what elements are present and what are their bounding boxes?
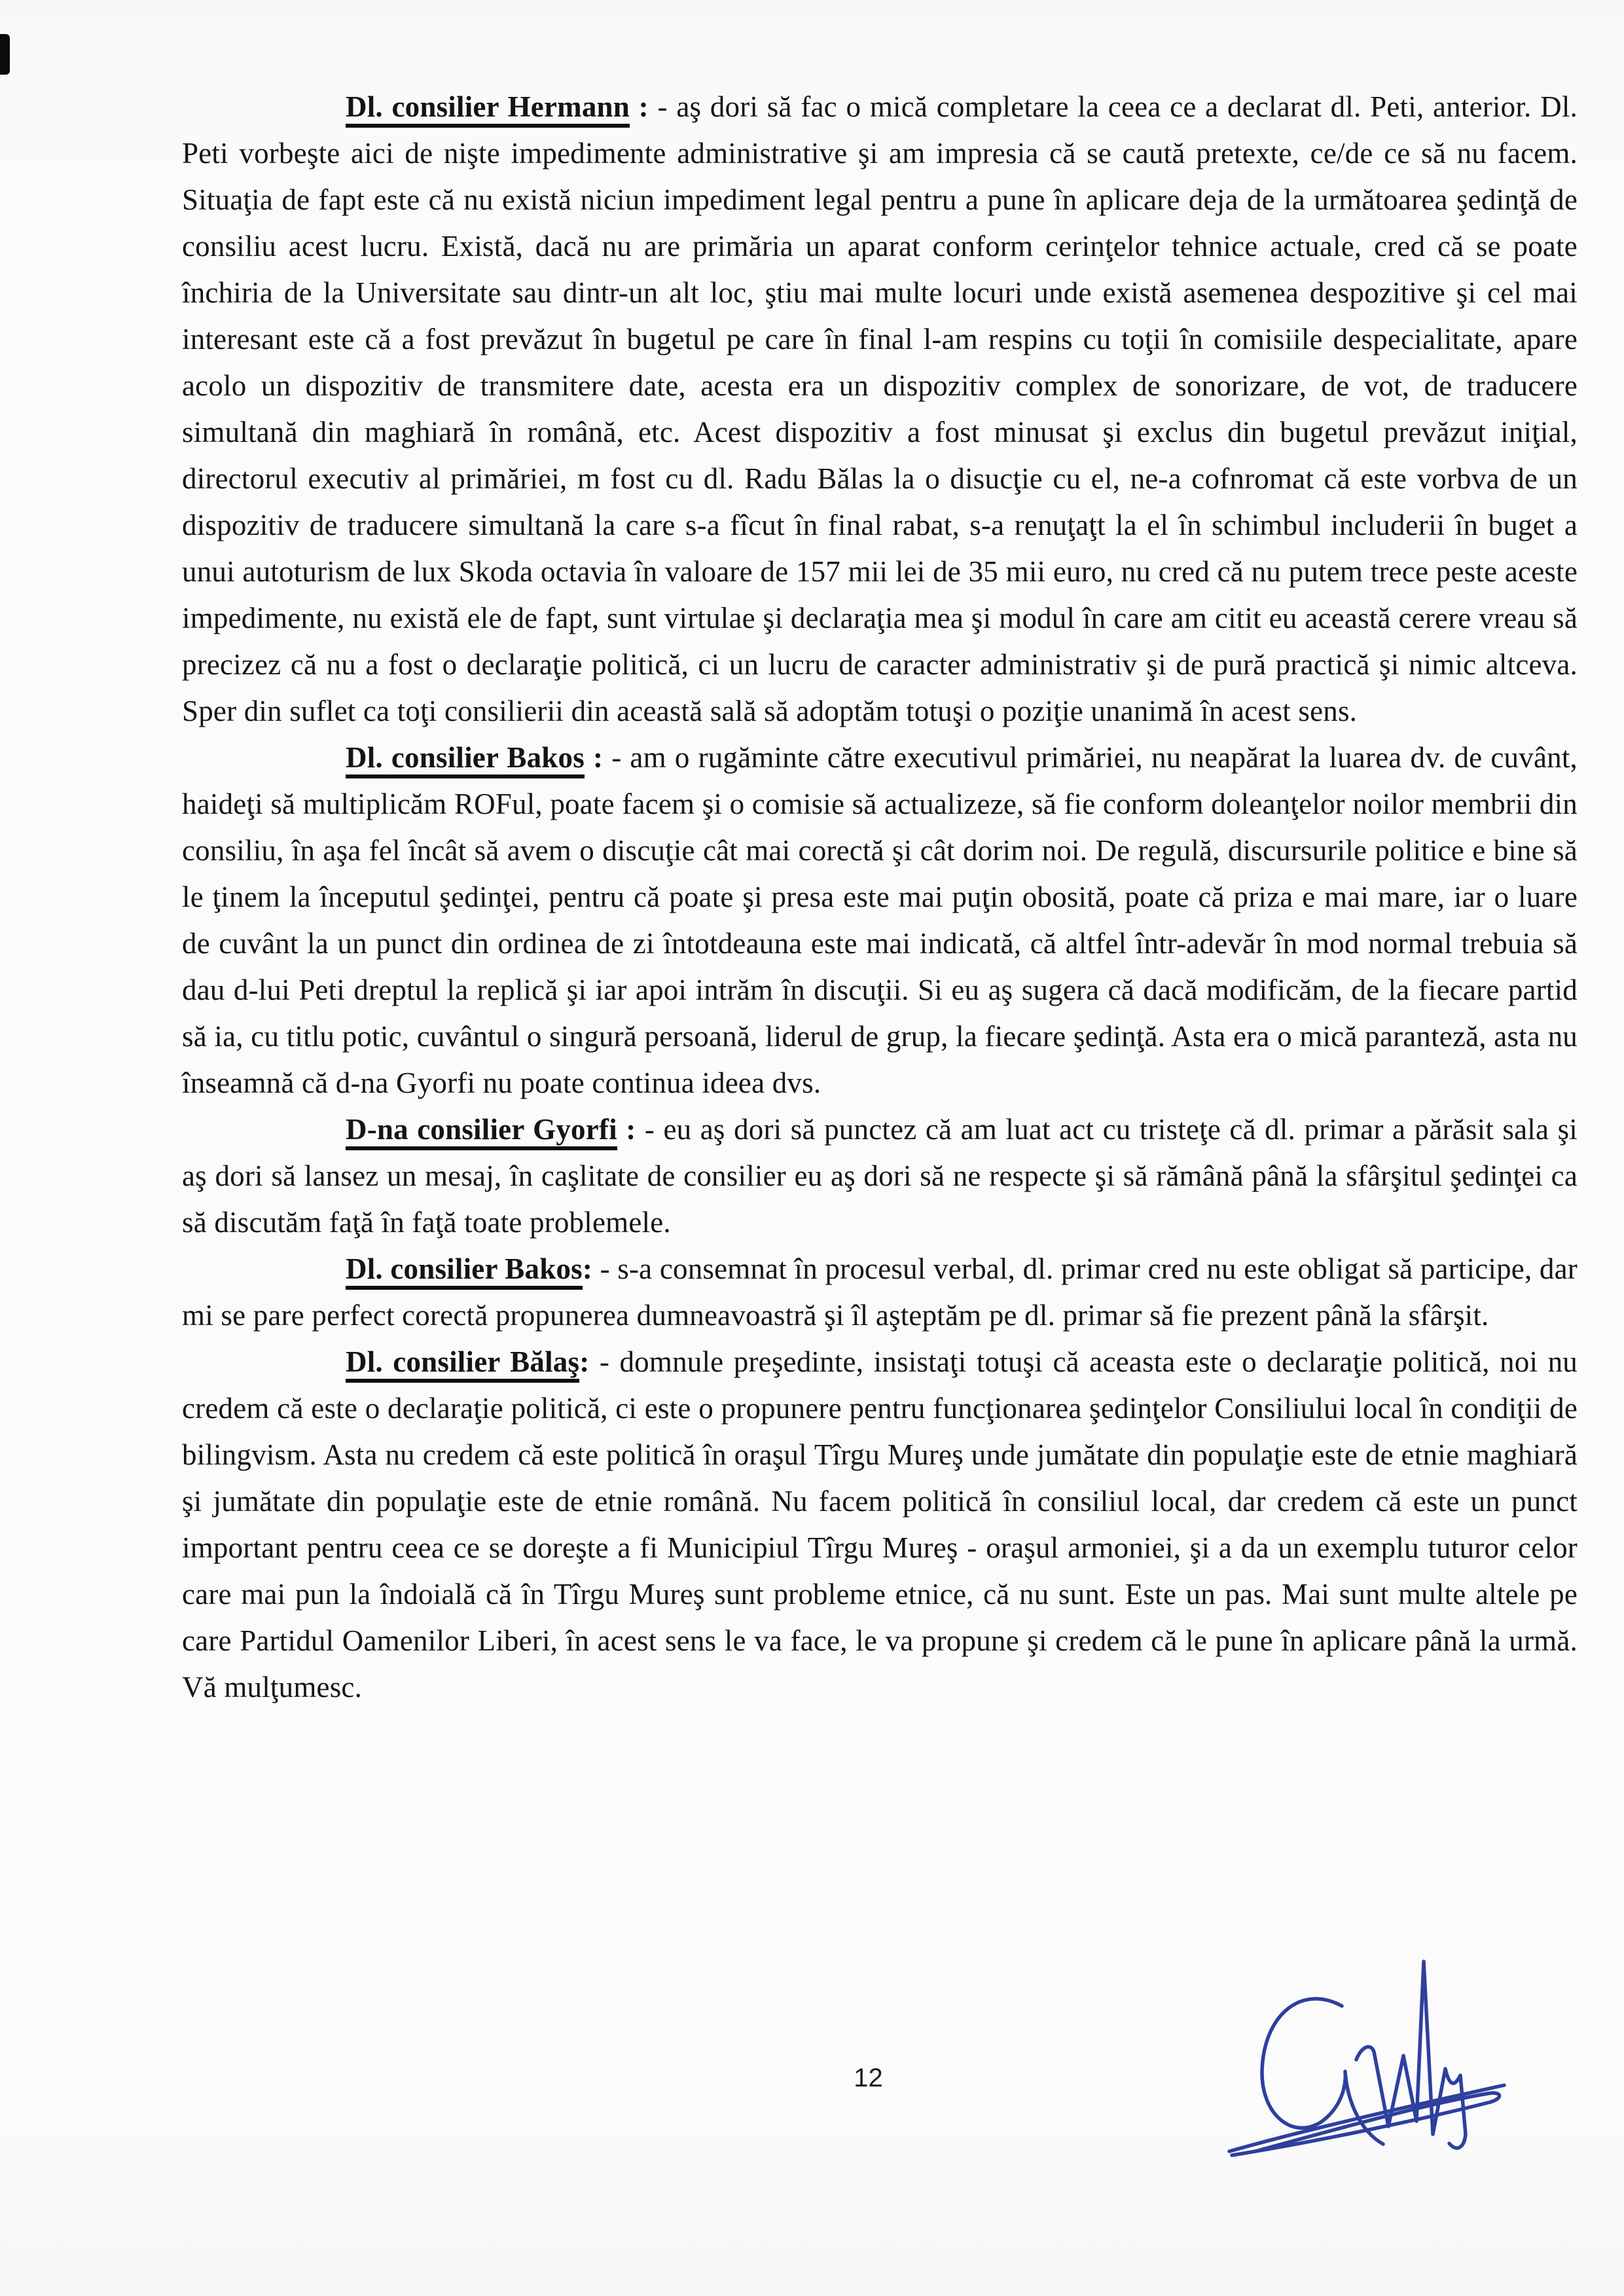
handwritten-signature [1216, 1943, 1524, 2169]
speaker-name-gyorfi: D-na consilier Gyorfi [346, 1113, 617, 1150]
paragraph-balas: Dl. consilier Bălaş: - domnule preşedint… [182, 1339, 1578, 1711]
paragraph-text: - am o rugăminte către executivul primăr… [182, 741, 1578, 1099]
speaker-name-bakos: Dl. consilier Bakos [346, 1252, 583, 1290]
paragraph-gyorfi: D-na consilier Gyorfi : - eu aş dori să … [182, 1106, 1578, 1246]
page-number: 12 [0, 2064, 1624, 2093]
speaker-name-balas: Dl. consilier Bălaş [346, 1345, 579, 1383]
speaker-separator: : [585, 741, 611, 774]
scanned-page: Dl. consilier Hermann : - aş dori să fac… [0, 0, 1624, 2296]
scan-edge-artifact [0, 34, 10, 75]
paragraph-bakos-1: Dl. consilier Bakos : - am o rugăminte c… [182, 735, 1578, 1106]
speaker-separator: : [617, 1113, 645, 1146]
speaker-separator: : [579, 1345, 600, 1378]
paragraph-text: - aş dori să fac o mică completare la ce… [182, 90, 1578, 727]
paragraph-text: - domnule preşedinte, insistaţi totuşi c… [182, 1345, 1578, 1704]
speaker-separator: : [630, 90, 657, 123]
signature-ink-strokes [1216, 1943, 1524, 2169]
speaker-name-hermann: Dl. consilier Hermann [346, 90, 630, 128]
minutes-text-block: Dl. consilier Hermann : - aş dori să fac… [182, 84, 1578, 1711]
paragraph-hermann: Dl. consilier Hermann : - aş dori să fac… [182, 84, 1578, 735]
paragraph-bakos-2: Dl. consilier Bakos: - s-a consemnat în … [182, 1246, 1578, 1339]
speaker-name-bakos: Dl. consilier Bakos [346, 741, 585, 778]
speaker-separator: : [583, 1252, 600, 1285]
